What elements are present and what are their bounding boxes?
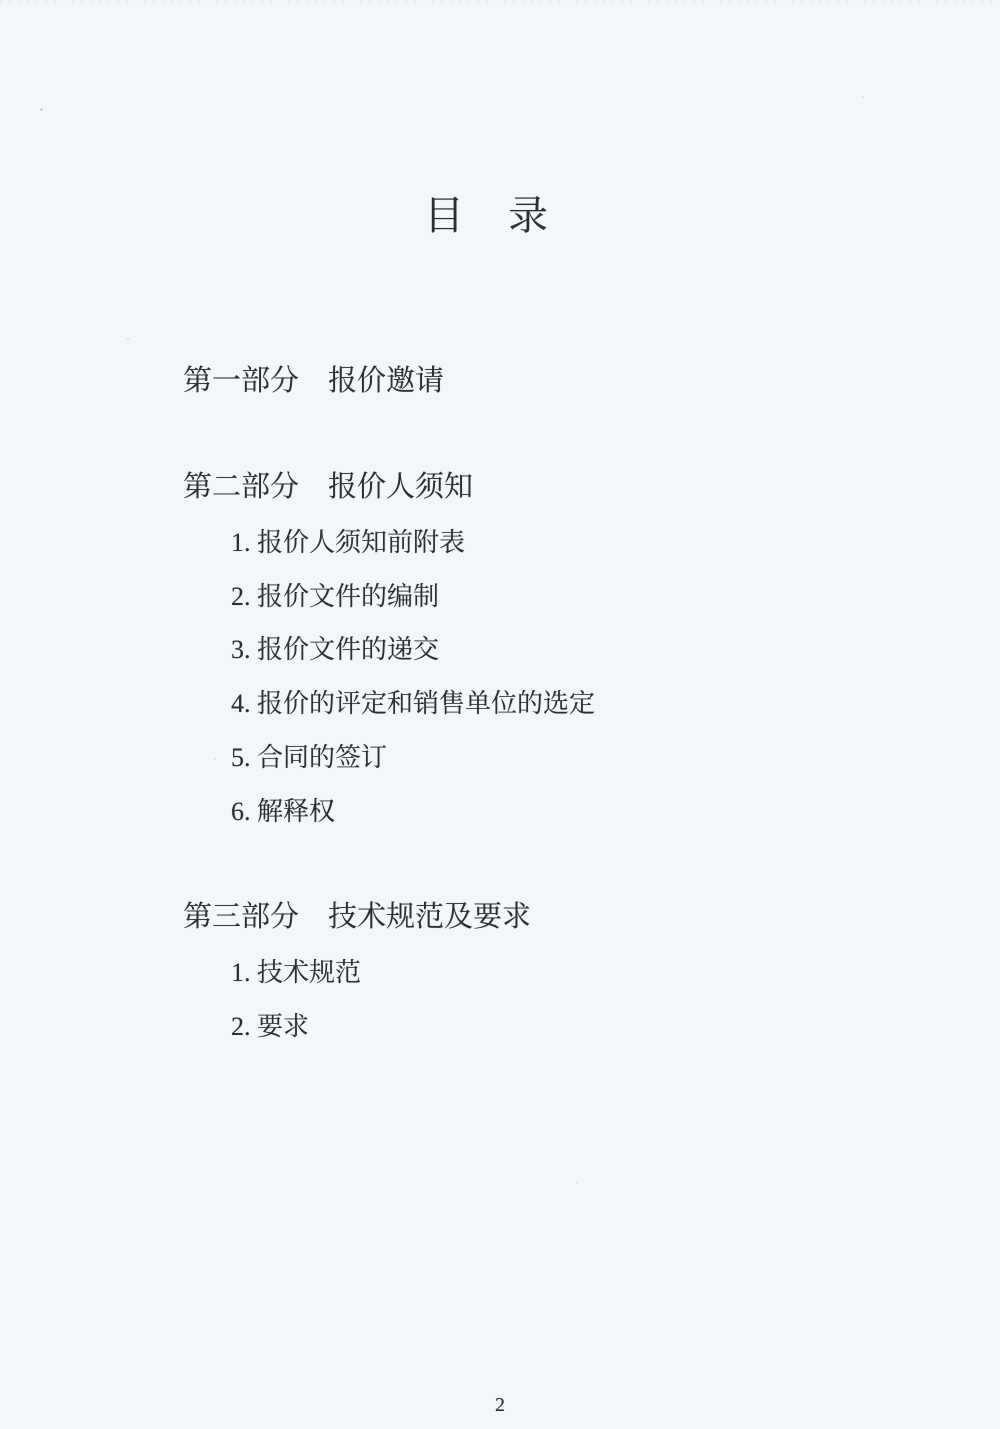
scan-edge-noise: [0, 0, 1000, 3]
scan-speck: [40, 108, 43, 111]
document-title: 目 录: [424, 193, 550, 239]
scan-speck: [127, 338, 129, 340]
scanned-document-page: 目 录 第一部分 报价邀请 第二部分 报价人须知 1. 报价人须知前附表 2. …: [0, 0, 1000, 1429]
scan-speck: [862, 96, 864, 98]
toc-section-heading-2: 第二部分 报价人须知: [183, 471, 473, 504]
toc-item: 1. 技术规范: [231, 958, 361, 988]
toc-item: 2. 要求: [231, 1012, 309, 1042]
toc-item: 2. 报价文件的编制: [231, 582, 439, 612]
toc-item: 4. 报价的评定和销售单位的选定: [231, 689, 595, 719]
toc-section-heading-3: 第三部分 技术规范及要求: [183, 901, 531, 934]
toc-item: 5. 合同的签订: [231, 743, 387, 773]
toc-item: 3. 报价文件的递交: [231, 635, 439, 665]
scan-speck: [576, 1182, 578, 1184]
scan-speck: [214, 758, 216, 760]
toc-item: 1. 报价人须知前附表: [231, 528, 465, 558]
toc-item: 6. 解释权: [231, 797, 335, 827]
toc-section-heading-1: 第一部分 报价邀请: [183, 365, 444, 398]
page-number: 2: [0, 1394, 1000, 1417]
